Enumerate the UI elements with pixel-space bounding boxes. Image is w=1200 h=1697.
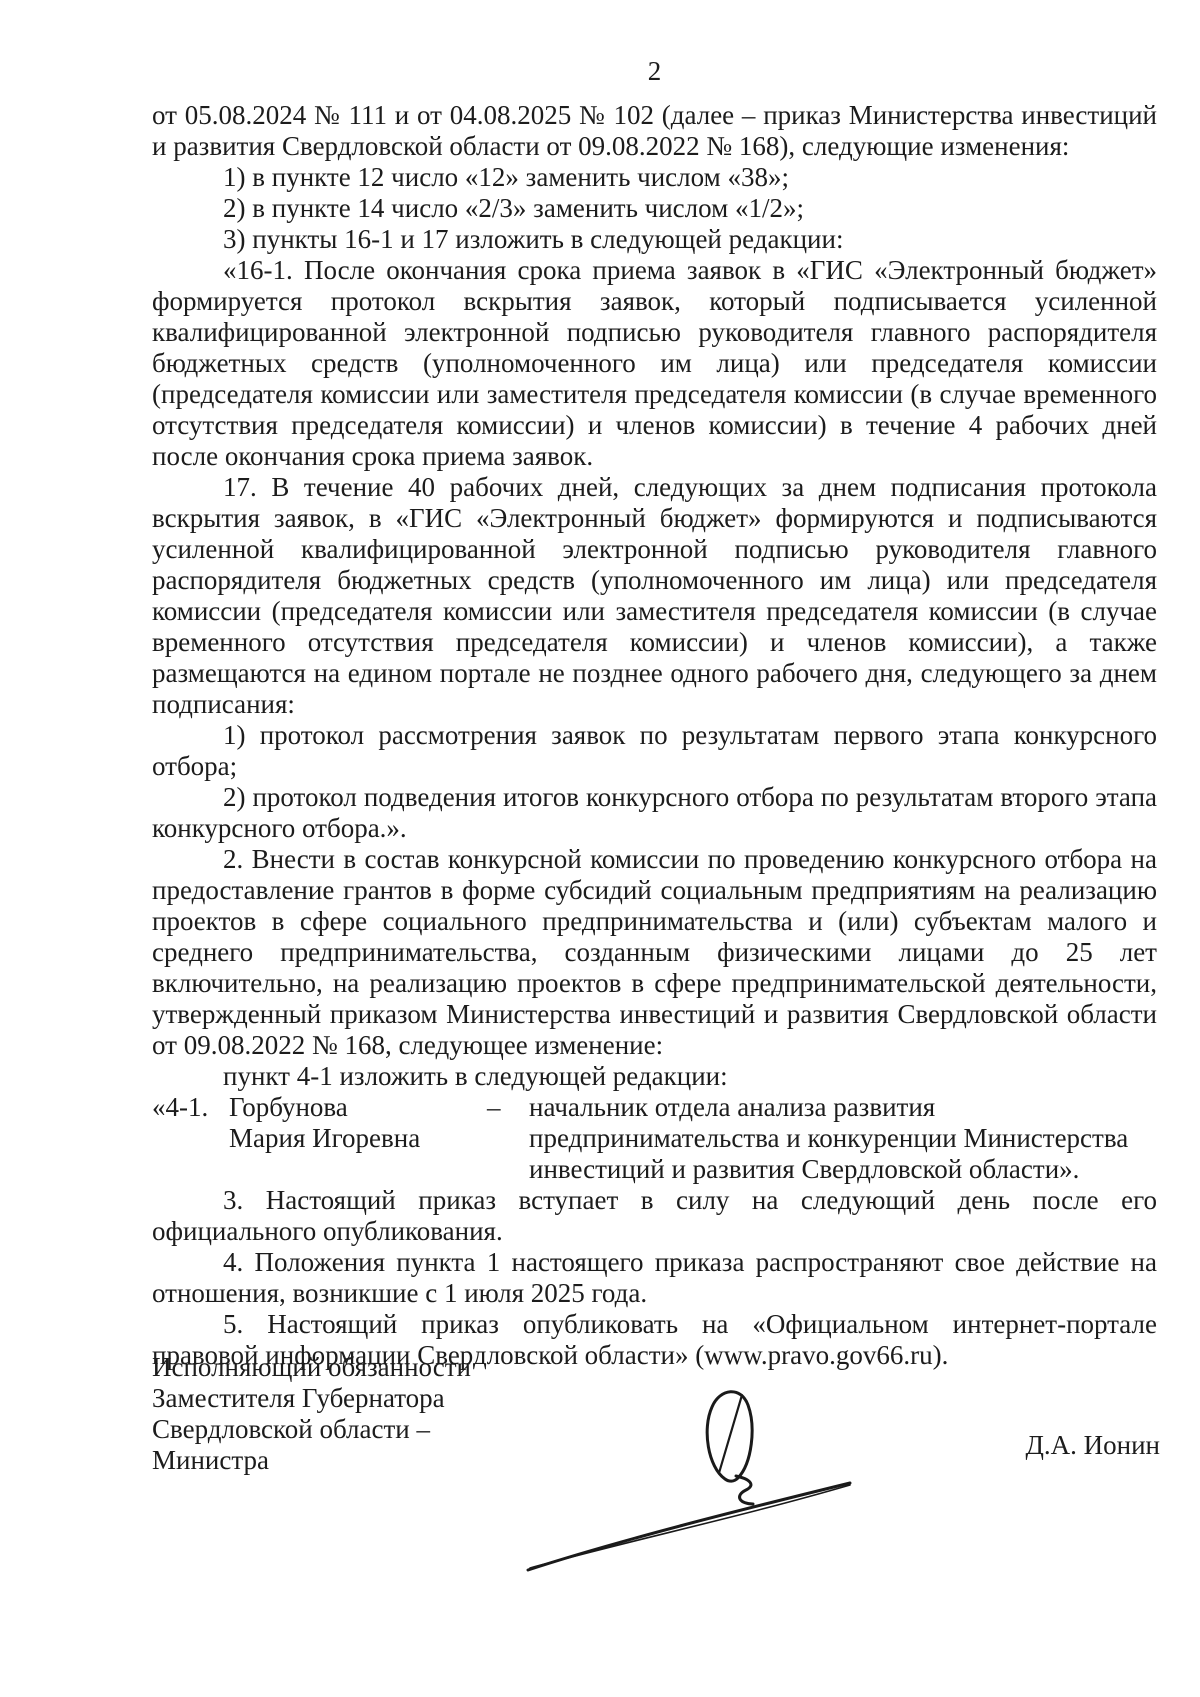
paragraph: 2) протокол подведения итогов конкурсног… <box>152 782 1157 844</box>
entry-4-1: «4-1. Горбунова Мария Игоревна – начальн… <box>152 1092 1157 1185</box>
entry-4-1-number: «4-1. <box>152 1092 229 1185</box>
signatory-name: Д.А. Ионин <box>1025 1430 1160 1461</box>
paragraph: 17. В течение 40 рабочих дней, следующих… <box>152 472 1157 720</box>
entry-4-1-dash: – <box>487 1092 529 1185</box>
entry-4-1-title: начальник отдела анализа развития предпр… <box>529 1092 1157 1185</box>
paragraph: 3) пункты 16-1 и 17 изложить в следующей… <box>152 224 1157 255</box>
entry-4-1-person-line: Мария Игоревна <box>229 1123 487 1154</box>
paragraph: 2) в пункте 14 число «2/3» заменить числ… <box>152 193 1157 224</box>
document-page: 2 от 05.08.2024 № 111 и от 04.08.2025 № … <box>0 0 1200 1697</box>
paragraph: 4. Положения пункта 1 настоящего приказа… <box>152 1247 1157 1309</box>
signature-image <box>500 1375 880 1585</box>
page-number: 2 <box>152 56 1157 87</box>
paragraph: 3. Настоящий приказ вступает в силу на с… <box>152 1185 1157 1247</box>
paragraph: пункт 4-1 изложить в следующей редакции: <box>152 1061 1157 1092</box>
entry-4-1-title-line: предпринимательства и конкуренции Минист… <box>529 1123 1157 1154</box>
signatory-position-line: Исполняющий обязанности <box>152 1352 471 1383</box>
signatory-position-line: Свердловской области – <box>152 1414 471 1445</box>
signatory-position: Исполняющий обязанности Заместителя Губе… <box>152 1352 471 1476</box>
paragraph: 1) протокол рассмотрения заявок по резул… <box>152 720 1157 782</box>
signatory-position-line: Министра <box>152 1445 471 1476</box>
document-body: от 05.08.2024 № 111 и от 04.08.2025 № 10… <box>152 100 1157 1371</box>
paragraph: 1) в пункте 12 число «12» заменить число… <box>152 162 1157 193</box>
entry-4-1-person: Горбунова Мария Игоревна <box>229 1092 487 1185</box>
signatory-position-line: Заместителя Губернатора <box>152 1383 471 1414</box>
paragraph: от 05.08.2024 № 111 и от 04.08.2025 № 10… <box>152 100 1157 162</box>
entry-4-1-title-line: инвестиций и развития Свердловской облас… <box>529 1154 1157 1185</box>
paragraph: 2. Внести в состав конкурсной комиссии п… <box>152 844 1157 1061</box>
entry-4-1-person-line: Горбунова <box>229 1092 487 1123</box>
entry-4-1-title-line: начальник отдела анализа развития <box>529 1092 1157 1123</box>
paragraph: «16-1. После окончания срока приема заяв… <box>152 255 1157 472</box>
